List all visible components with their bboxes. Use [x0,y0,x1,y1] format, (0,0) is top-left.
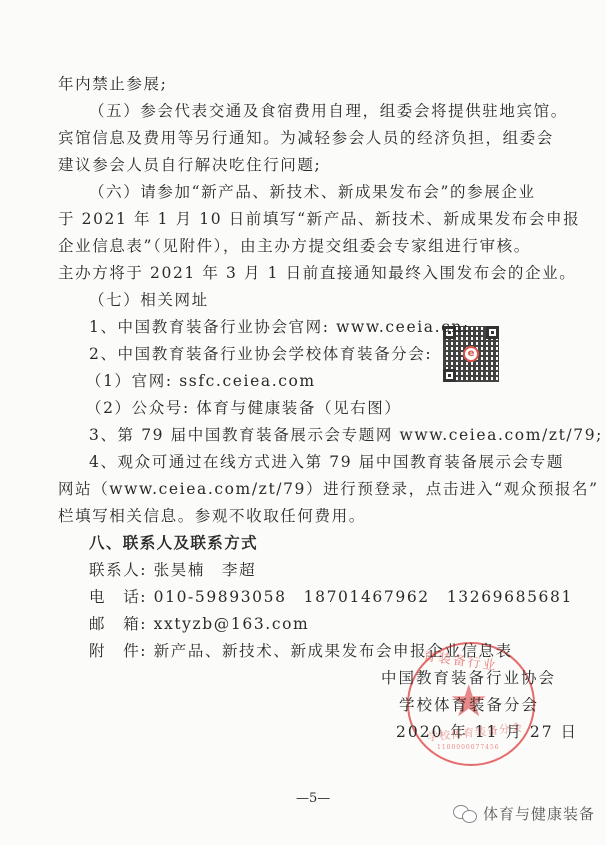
text-line: （2）公众号: 体育与健康装备（见右图） [86,398,402,418]
text-line: 3、第 79 届中国教育装备展示会专题网 www.ceiea.com/zt/79… [89,425,603,445]
signature-branch: 学校体育装备分会 [399,695,539,715]
text-line: 宾馆信息及费用等另行通知。为减轻参会人员的经济负担，组委会 [58,128,554,148]
text-line: （六）请参加“新产品、新技术、新成果发布会”的参展企业 [89,182,536,202]
text-line: 1、中国教育装备行业协会官网: www.ceeia.cn; [89,317,470,337]
text-line: （1）官网: ssfc.ceiea.com [86,371,316,391]
text-line: 附 件: 新产品、新技术、新成果发布会申报企业信息表 [89,641,513,661]
text-line: 4、观众可通过在线方式进入第 79 届中国教育装备展示会专题 [89,452,564,472]
document-page: e 育装备行业 ★ 学校体育装备分会 1100000077456 中国教育装备行… [0,0,606,845]
text-line: 建议参会人员自行解决吃住行问题; [58,155,321,175]
wechat-watermark: 体育与健康装备 [453,803,595,824]
text-line: 于 2021 年 1 月 10 日前填写“新产品、新技术、新成果发布会申报 [58,209,580,229]
qr-finder-icon [486,326,499,339]
text-line: 主办方将于 2021 年 3 月 1 日前直接通知最终入围发布会的企业。 [58,263,576,283]
text-line: 栏填写相关信息。参观不收取任何费用。 [58,506,366,526]
seal-code: 1100000077456 [437,744,500,751]
signature-date: 2020 年 11 月 27 日 [396,722,578,742]
wechat-icon [453,805,477,823]
text-line: 联系人: 张昊楠 李超 [89,560,256,580]
text-line: （七）相关网址 [89,290,209,310]
text-line: 网站（www.ceiea.com/zt/79）进行预登录，点击进入“观众预报名” [58,479,599,499]
text-line: （五）参会代表交通及食宿费用自理，组委会将提供驻地宾馆。 [89,101,568,121]
page-number: —5— [296,791,330,806]
text-line: 邮 箱: xxtyzb@163.com [89,614,309,634]
qr-logo-icon: e [463,346,479,362]
text-line: 2、中国教育装备行业协会学校体育装备分会: [89,344,432,364]
signature-org: 中国教育装备行业协会 [381,668,556,688]
text-line: 年内禁止参展; [58,74,167,94]
text-line: 电 话: 010-59893058 18701467962 1326968568… [89,587,573,607]
text-line: 企业信息表”（见附件），由主办方提交组委会专家组进行审核。 [58,236,531,256]
section-heading: 八、联系人及联系方式 [89,533,258,553]
watermark-text: 体育与健康装备 [483,803,595,824]
qr-finder-icon [443,369,456,382]
